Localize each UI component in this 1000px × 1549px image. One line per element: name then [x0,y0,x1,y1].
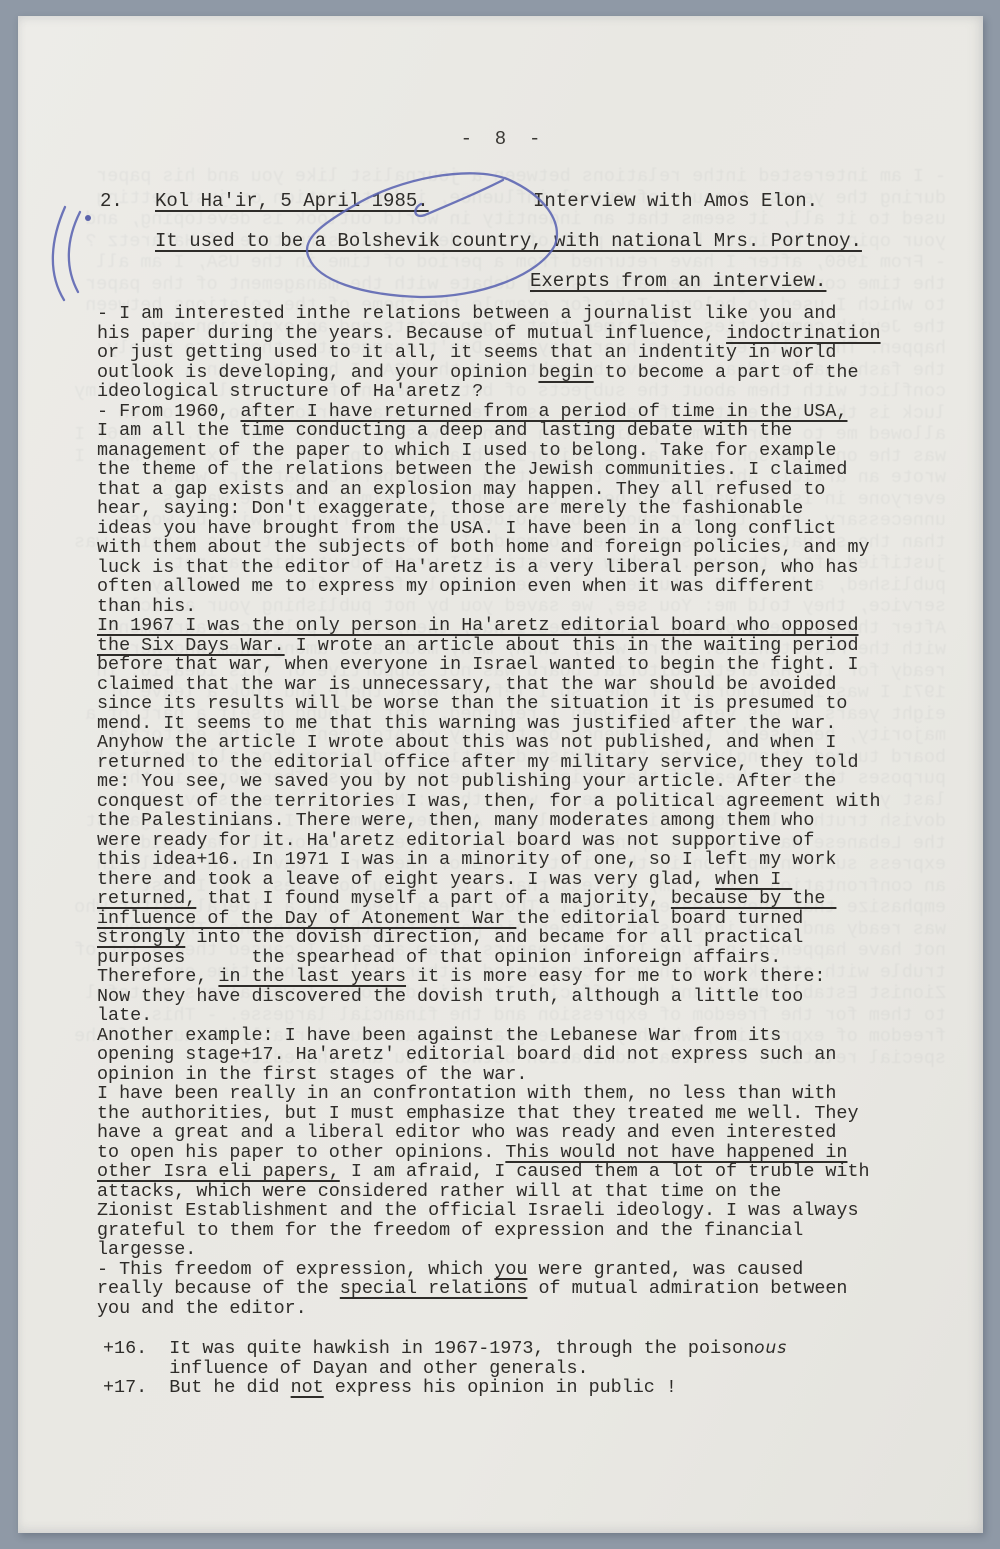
text-segment: - I am interested inthe relations betwee… [97,303,836,324]
text-line: me: You see, we saved you by not publish… [97,772,943,792]
text-segment: purposes the spearhead of that opinion i… [97,947,781,968]
text-line: his paper during the years. Because of m… [97,324,943,344]
text-segment: his paper during the years. Because of m… [97,323,726,344]
text-line: you and the editor. [97,1299,943,1319]
text-line: luck is that the editor of Ha'aretz is a… [97,558,943,578]
source-citation: Kol Ha'ir, 5 April 1985. [155,190,429,212]
text-line: In 1967 I was the only person in Ha'aret… [97,616,943,636]
text-line: +16. It was quite hawkish in 1967-1973, … [103,1339,943,1359]
underlined-segment: strongly [97,927,185,948]
pen-dot [85,215,91,221]
text-line: to open his paper to other opinions. Thi… [97,1143,943,1163]
underlined-segment: This would not have happened in [505,1142,847,1163]
text-line: Another example: I have been against the… [97,1026,943,1046]
text-segment: late. [97,1005,152,1026]
underlined-segment: not [291,1377,324,1398]
text-line: - From 1960, after I have returned from … [97,402,943,422]
text-segment: often allowed me to express my opinion e… [97,576,814,597]
text-line: this idea+16. In 1971 I was in a minorit… [97,850,943,870]
text-line: grateful to them for the freedom of expr… [97,1221,943,1241]
text-segment: I am afraid, I caused them a lot of trub… [340,1161,870,1182]
text-line: since its results will be worse than the… [97,694,943,714]
text-segment: opinion in the first stages of the war. [97,1064,527,1085]
text-line: strongly into the dovish direction, and … [97,928,943,948]
text-segment: mend. It seems to me that this warning w… [97,713,836,734]
text-segment: returned to the editorial office after m… [97,752,859,773]
handwritten-segment: ous [754,1338,787,1358]
page-number: - 8 - [18,128,983,150]
text-line: that a gap exists and an explosion may h… [97,480,943,500]
underlined-segment: because by the [671,888,837,909]
article-subtitle: Exerpts from an interview. [530,270,826,292]
text-line: ideas you have brought from the USA. I h… [97,519,943,539]
text-segment: outlook is developing, and your opinion [97,362,538,383]
margin-paren-outer [53,207,65,300]
underlined-segment: in the last years [218,966,406,987]
text-line: +17. But he did not express his opinion … [103,1378,943,1398]
text-segment: were ready for it. Ha'aretz editorial bo… [97,830,814,851]
text-line: largesse. [97,1240,943,1260]
text-segment: largesse. [97,1239,196,1260]
text-line: the authorities, but I must emphasize th… [97,1104,943,1124]
text-segment: ideas you have brought from the USA. I h… [97,518,836,539]
text-line: have a great and a liberal editor who wa… [97,1123,943,1143]
text-segment: claimed that the war is unnecessary, tha… [97,674,836,695]
text-segment: that a gap exists and an explosion may h… [97,479,825,500]
text-line: the theme of the relations between the J… [97,460,943,480]
text-line: returned to the editorial office after m… [97,753,943,773]
text-segment: into the dovish direction, and became fo… [185,927,803,948]
underlined-segment: returned, [97,888,196,909]
underlined-segment: begin [538,362,593,383]
interview-body-text: - I am interested inthe relations betwee… [97,304,943,1398]
text-line: opening stage+17. Ha'aretz' editorial bo… [97,1045,943,1065]
text-segment: hear, saying: Don't exaggerate, those ar… [97,498,803,519]
text-segment: Therefore, [97,966,218,987]
text-line: often allowed me to express my opinion e… [97,577,943,597]
margin-paren-inner [69,212,80,292]
underlined-segment: In 1967 I was the only person in Ha'aret… [97,615,859,636]
text-line: were ready for it. Ha'aretz editorial bo… [97,831,943,851]
underlined-segment: influence of the Day of Atonement War [97,908,516,929]
text-segment: really because of the [97,1278,340,1299]
text-line: Anyhow the article I wrote about this wa… [97,733,943,753]
text-segment: luck is that the editor of Ha'aretz is a… [97,557,859,578]
text-segment: than his. [97,596,196,617]
text-segment: the theme of the relations between the J… [97,459,847,480]
text-line: opinion in the first stages of the war. [97,1065,943,1085]
text-segment: the Palestinians. There were, then, many… [97,810,814,831]
text-segment: +17. But he did [103,1377,291,1398]
text-segment: conquest of the territories I was, then,… [97,791,881,812]
text-segment: influence of Dayan and other generals. [103,1358,589,1379]
article-title: It used to be a Bolshevik country, with … [155,230,862,252]
text-segment: opening stage+17. Ha'aretz' editorial bo… [97,1044,836,1065]
text-line: late. [97,1006,943,1026]
text-segment: this idea+16. In 1971 I was in a minorit… [97,849,836,870]
text-segment: I have been really in an confrontation w… [97,1083,836,1104]
text-line: management of the paper to which I used … [97,441,943,461]
text-segment: ideological structure of Ha'aretz ? [97,381,483,402]
text-segment: - This freedom of expression, which [97,1259,494,1280]
text-segment: have a great and a liberal editor who wa… [97,1122,836,1143]
text-line: claimed that the war is unnecessary, tha… [97,675,943,695]
text-segment: you and the editor. [97,1298,307,1319]
text-line: there and took a leave of eight years. I… [97,870,943,890]
underlined-segment: after I have returned from a period of t… [240,401,847,422]
text-line: returned, that I found myself a part of … [97,889,943,909]
text-line: Therefore, in the last years it is more … [97,967,943,987]
underlined-segment: the Six Days War. [97,635,285,656]
text-line: conquest of the territories I was, then,… [97,792,943,812]
interviewee-label: Interview with Amos Elon. [533,190,818,212]
text-segment: or just getting used to it all, it seems… [97,342,836,363]
text-segment: there and took a leave of eight years. I… [97,869,715,890]
text-line: or just getting used to it all, it seems… [97,343,943,363]
underlined-segment: when I [715,869,792,890]
text-line: before that war, when everyone in Israel… [97,655,943,675]
text-segment: Zionist Establishment and the official I… [97,1200,859,1221]
underlined-segment: indoctrination [726,323,881,344]
text-line: influence of the Day of Atonement War th… [97,909,943,929]
blank-line [97,1318,943,1339]
text-segment: to become a part of the [594,362,859,383]
text-segment: management of the paper to which I used … [97,440,836,461]
text-line: the Six Days War. I wrote an article abo… [97,636,943,656]
text-segment: before that war, when everyone in Israel… [97,654,859,675]
text-segment: I wrote an article about this in the wai… [285,635,859,656]
text-segment: Now they have discovered the dovish trut… [97,986,803,1007]
text-line: - I am interested inthe relations betwee… [97,304,943,324]
text-segment: attacks, which were considered rather wi… [97,1181,781,1202]
text-segment: to open his paper to other opinions. [97,1142,505,1163]
text-segment: the authorities, but I must emphasize th… [97,1103,859,1124]
text-line: attacks, which were considered rather wi… [97,1182,943,1202]
text-segment: I am all the time conducting a deep and … [97,420,792,441]
text-line: mend. It seems to me that this warning w… [97,714,943,734]
text-line: hear, saying: Don't exaggerate, those ar… [97,499,943,519]
underlined-segment: other Isra eli papers, [97,1161,340,1182]
text-segment: Anyhow the article I wrote about this wa… [97,732,836,753]
text-segment: of mutual admiration between [527,1278,847,1299]
text-segment: me: You see, we saved you by not publish… [97,771,836,792]
text-line: Zionist Establishment and the official I… [97,1201,943,1221]
text-line: I am all the time conducting a deep and … [97,421,943,441]
text-segment: express his opinion in public ! [324,1377,677,1398]
text-segment: Another example: I have been against the… [97,1025,781,1046]
underlined-segment: you [494,1259,527,1280]
text-line: purposes the spearhead of that opinion i… [97,948,943,968]
text-line: outlook is developing, and your opinion … [97,363,943,383]
text-line: ideological structure of Ha'aretz ? [97,382,943,402]
text-line: I have been really in an confrontation w… [97,1084,943,1104]
text-segment: that I found myself a part of a majority… [196,888,671,909]
item-number: 2. [100,190,123,212]
scanned-page-background: - I am interested inthe relations betwee… [0,0,1000,1549]
underlined-segment: special relations [340,1278,528,1299]
text-segment: grateful to them for the freedom of expr… [97,1220,803,1241]
text-segment: were granted, was caused [527,1259,803,1280]
text-line: - This freedom of expression, which you … [97,1260,943,1280]
text-line: really because of the special relations … [97,1279,943,1299]
text-segment: it is more easy for me to work there: [406,966,825,987]
text-line: other Isra eli papers, I am afraid, I ca… [97,1162,943,1182]
text-line: with them about the subjects of both hom… [97,538,943,558]
text-segment: since its results will be worse than the… [97,693,847,714]
text-segment: +16. It was quite hawkish in 1967-1973, … [103,1338,754,1359]
text-line: the Palestinians. There were, then, many… [97,811,943,831]
text-segment: the editorial board turned [516,908,803,929]
paper-sheet: - I am interested inthe relations betwee… [18,16,983,1533]
text-line: influence of Dayan and other generals. [103,1359,943,1379]
text-line: than his. [97,597,943,617]
text-segment: - From 1960, [97,401,240,422]
text-segment: with them about the subjects of both hom… [97,537,870,558]
text-line: Now they have discovered the dovish trut… [97,987,943,1007]
